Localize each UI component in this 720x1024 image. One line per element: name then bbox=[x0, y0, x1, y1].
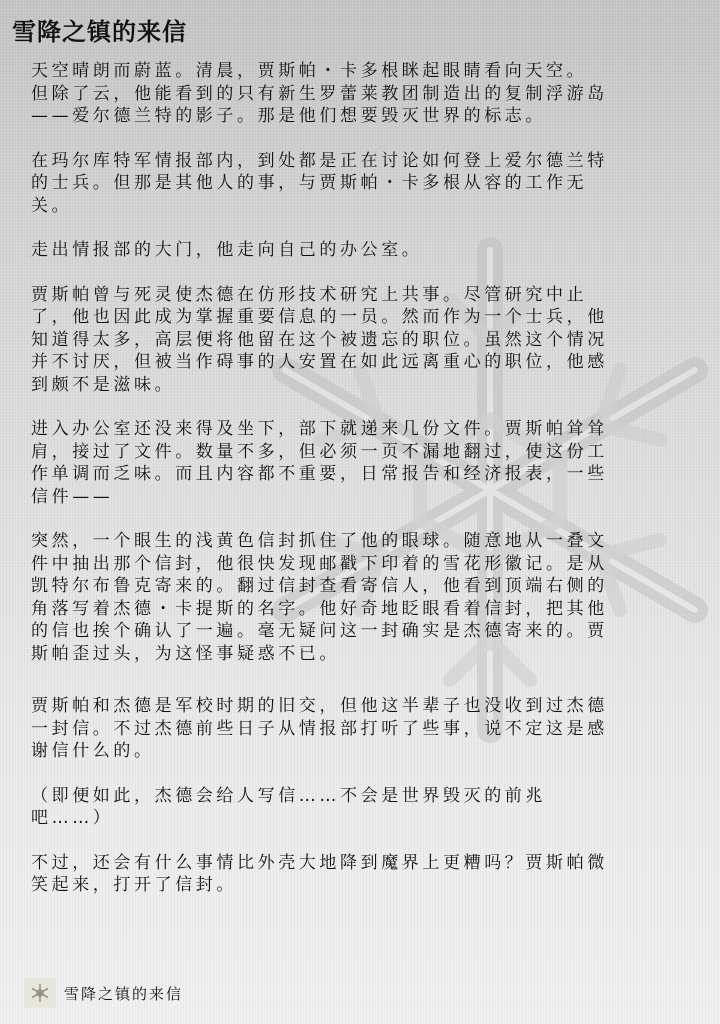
paragraph: 在玛尔库特军情报部内，到处都是正在讨论如何登上爱尔德兰特 的士兵。但那是其他人的… bbox=[31, 150, 671, 218]
page-title: 雪降之镇的来信 bbox=[12, 12, 187, 47]
snowflake-icon bbox=[24, 978, 56, 1008]
paragraph: （即便如此，杰德会给人写信……不会是世界毁灭的前兆 吧……） bbox=[31, 785, 671, 830]
footer: 雪降之镇的来信 bbox=[24, 978, 183, 1008]
paragraph: 走出情报部的大门，他走向自己的办公室。 bbox=[31, 239, 671, 262]
paragraph: 天空晴朗而蔚蓝。清晨，贾斯帕・卡多根眯起眼睛看向天空。 但除了云，他能看到的只有… bbox=[31, 60, 671, 128]
footer-title: 雪降之镇的来信 bbox=[64, 983, 183, 1004]
story-body: 天空晴朗而蔚蓝。清晨，贾斯帕・卡多根眯起眼睛看向天空。 但除了云，他能看到的只有… bbox=[31, 60, 671, 897]
paragraph: 不过，还会有什么事情比外壳大地降到魔界上更糟吗？贾斯帕微 笑起来，打开了信封。 bbox=[31, 852, 671, 897]
paragraph: 贾斯帕曾与死灵使杰德在仿形技术研究上共事。尽管研究中止 了，他也因此成为掌握重要… bbox=[31, 284, 671, 397]
paragraph: 突然，一个眼生的浅黄色信封抓住了他的眼球。随意地从一叠文 件中抽出那个信封，他很… bbox=[31, 530, 671, 665]
paragraph: 贾斯帕和杰德是军校时期的旧交，但他这半辈子也没收到过杰德 一封信。不过杰德前些日… bbox=[31, 695, 671, 763]
paragraph: 进入办公室还没来得及坐下，部下就递来几份文件。贾斯帕耸耸 肩，接过了文件。数量不… bbox=[31, 418, 671, 508]
